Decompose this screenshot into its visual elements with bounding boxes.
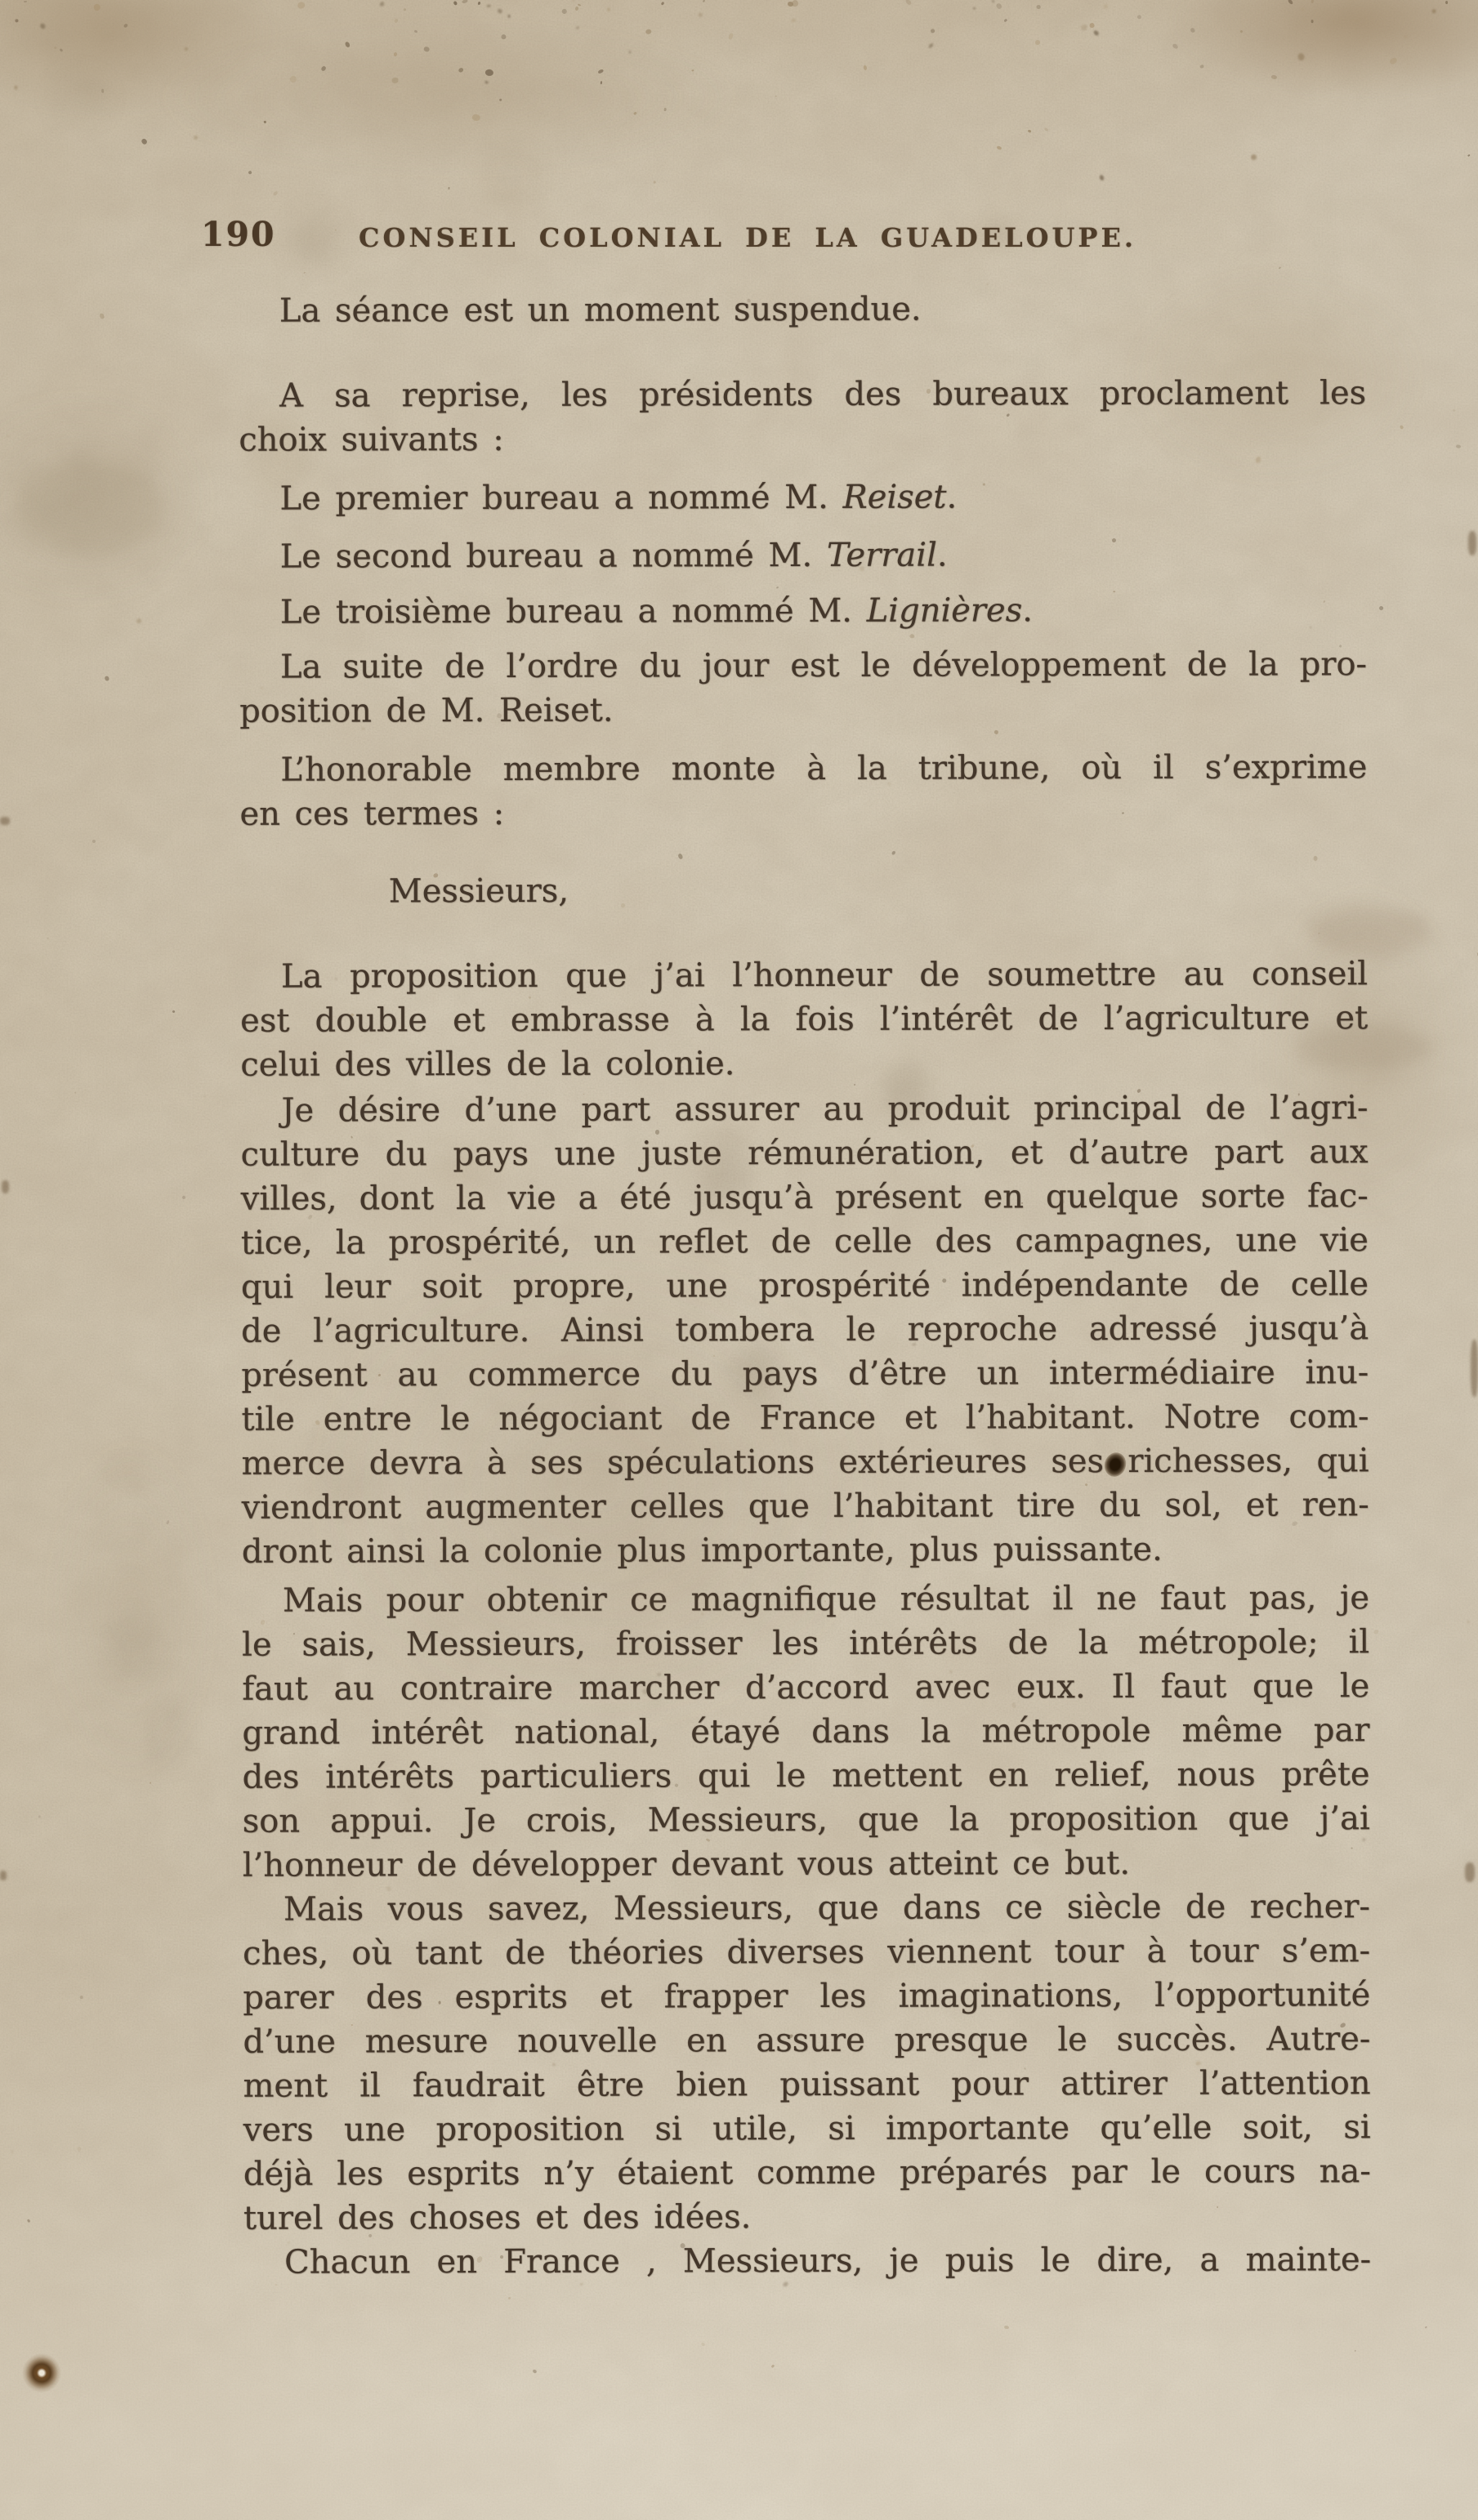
edge-mark: [2, 1180, 9, 1193]
text-line: position de M. Reiset.: [239, 686, 1367, 734]
paragraph: Le troisième bureau a nommé M. Lignières…: [239, 587, 1367, 635]
paper-stain: [0, 0, 278, 114]
text-line: Messieurs,: [240, 867, 1368, 914]
paragraph: Le second bureau a nommé M. Terrail.: [239, 532, 1367, 579]
paper-stain: [1168, 0, 1478, 98]
text-line: l’honneur de développer devant vous atte…: [243, 1840, 1370, 1888]
text-line: La suite de l’ordre du jour est le dével…: [239, 642, 1367, 689]
text-line: La séance est un moment suspendue.: [239, 286, 1366, 333]
person-name-italic: Terrail: [827, 537, 937, 574]
line-suffix: .: [1022, 591, 1033, 629]
edge-mark: [1471, 1340, 1478, 1397]
line-prefix: Le premier bureau a nommé M.: [279, 479, 842, 518]
text-line: en ces termes :: [239, 789, 1367, 836]
paragraph: Le premier bureau a nommé M. Reiset.: [239, 474, 1366, 521]
text-line: Je désire d’une part assurer au produit …: [240, 1086, 1368, 1133]
text-line: déjà les esprits n’y étaient comme prépa…: [243, 2149, 1371, 2197]
paragraph: Chacun en France , Messieurs, je puis le…: [243, 2237, 1371, 2285]
text-line: Chacun en France , Messieurs, je puis le…: [243, 2237, 1371, 2285]
running-header: CONSEIL COLONIAL DE LA GUADELOUPE.: [184, 222, 1311, 253]
edge-mark: [1465, 1862, 1475, 1882]
text-line: L’honorable membre monte à la tribune, o…: [239, 745, 1367, 792]
paragraph: La séance est un moment suspendue.: [239, 286, 1366, 333]
paragraph: Mais pour obtenir ce magnifique résultat…: [242, 1576, 1370, 1888]
paragraph: A sa reprise, les présidents des bureaux…: [239, 371, 1366, 462]
text-line: d’une mesure nouvelle en assure presque …: [243, 2017, 1370, 2064]
text-line: ment il faudrait être bien puissant pour…: [243, 2061, 1370, 2108]
paragraph: La suite de l’ordre du jour est le dével…: [239, 642, 1367, 734]
text-line: Le second bureau a nommé M. Terrail.: [239, 532, 1367, 579]
text-line: parer des esprits et frapper les imagina…: [243, 1973, 1370, 2020]
text-line: turel des choses et des idées.: [243, 2193, 1371, 2241]
page-text-block: La séance est un moment suspendue. A sa …: [239, 286, 1371, 2285]
scanned-book-page: 190 CONSEIL COLONIAL DE LA GUADELOUPE. L…: [0, 0, 1478, 2520]
text-line: Mais pour obtenir ce magnifique résultat…: [242, 1576, 1369, 1623]
line-suffix: .: [937, 537, 948, 574]
text-line: son appui. Je crois, Messieurs, que la p…: [243, 1796, 1370, 1844]
edge-mark: [0, 1871, 7, 1880]
edge-mark: [1468, 531, 1476, 555]
line-suffix: .: [946, 479, 957, 516]
text-line: celui des villes de la colonie.: [240, 1040, 1368, 1087]
text-line: faut au contraire marcher d’accord avec …: [242, 1664, 1369, 1711]
text-line: La proposition que j’ai l’honneur de sou…: [240, 952, 1368, 999]
paragraph: La proposition que j’ai l’honneur de sou…: [240, 952, 1368, 1087]
person-name-italic: Lignières: [867, 591, 1023, 629]
text-line: merce devra à ses spéculations extérieur…: [241, 1438, 1369, 1486]
line-prefix: Le troisième bureau a nommé M.: [280, 592, 867, 631]
text-line: culture du pays une juste rémunération, …: [241, 1130, 1369, 1177]
text-line: A sa reprise, les présidents des bureaux…: [239, 371, 1366, 418]
text-line: est double et embrasse à la fois l’intér…: [240, 996, 1368, 1043]
text-line: ches, où tant de théories diverses vienn…: [243, 1929, 1370, 1976]
person-name-italic: Reiset: [843, 479, 947, 516]
text-line: grand intérêt national, étayé dans la mé…: [242, 1708, 1369, 1755]
showthrough-smudge: [16, 457, 163, 555]
text-line: Le premier bureau a nommé M. Reiset.: [239, 474, 1366, 521]
paragraph: Mais vous savez, Messieurs, que dans ce …: [243, 1884, 1371, 2241]
paragraph-salutation: Messieurs,: [240, 867, 1368, 914]
text-line: présent au commerce du pays d’être un in…: [241, 1350, 1369, 1398]
text-line: tice, la prospérité, un reflet de celle …: [241, 1218, 1369, 1265]
text-line: Mais vous savez, Messieurs, que dans ce …: [243, 1884, 1370, 1932]
paper-stain: [0, 392, 212, 604]
text-line: vers une proposition si utile, si import…: [243, 2105, 1371, 2152]
text-line: tile entre le négociant de France et l’h…: [241, 1394, 1369, 1442]
text-line: qui leur soit propre, une prospérité ind…: [241, 1262, 1369, 1309]
text-line: dront ainsi la colonie plus importante, …: [242, 1527, 1369, 1574]
paragraph: L’honorable membre monte à la tribune, o…: [239, 745, 1367, 836]
text-line: choix suivants :: [239, 415, 1366, 462]
text-line: viendront augmenter celles que l’habitan…: [242, 1483, 1369, 1530]
line-prefix: Le second bureau a nommé M.: [280, 537, 827, 576]
text-line: de l’agriculture. Ainsi tombera le repro…: [241, 1306, 1369, 1354]
edge-mark: [0, 817, 10, 825]
wormhole-dot: [22, 2353, 63, 2394]
text-line: le sais, Messieurs, froisser les intérêt…: [242, 1620, 1369, 1667]
text-line: villes, dont la vie a été jusqu’à présen…: [241, 1174, 1369, 1221]
paragraph: Je désire d’une part assurer au produit …: [240, 1086, 1369, 1574]
text-line: des intérêts particuliers qui le mettent…: [243, 1752, 1370, 1800]
paper-stain: [163, 25, 735, 172]
text-line: Le troisième bureau a nommé M. Lignières…: [239, 587, 1367, 635]
